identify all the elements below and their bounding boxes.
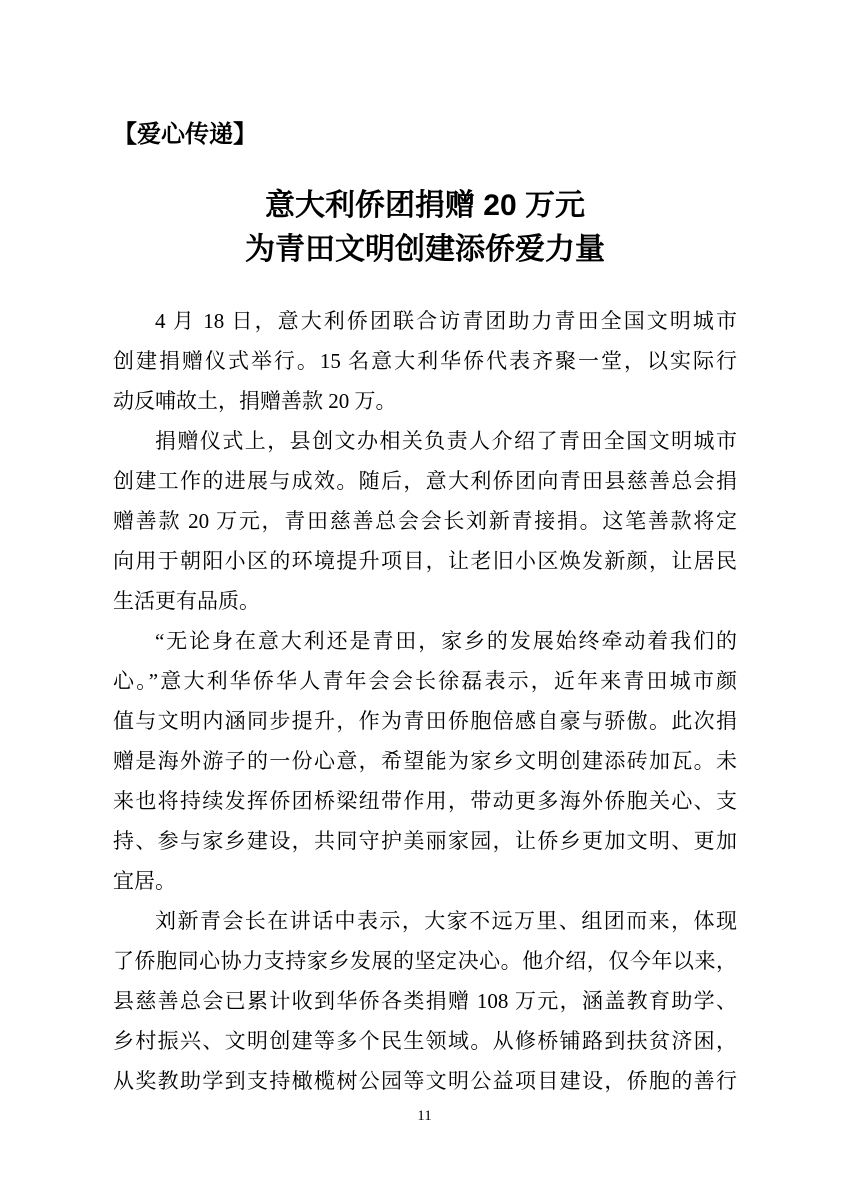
body-line: 生活更有品质。 [113, 581, 737, 621]
body-line: 心。”意大利华侨华人青年会会长徐磊表示，近年来青田城市颜 [113, 661, 737, 701]
body-line: 乡村振兴、文明创建等多个民生领域。从修桥铺路到扶贫济困， [113, 1021, 737, 1061]
body-line: 赠是海外游子的一份心意，希望能为家乡文明创建添砖加瓦。未 [113, 741, 737, 781]
body-line: 4 月 18 日，意大利侨团联合访青团助力青田全国文明城市 [113, 301, 737, 341]
paragraph-1: 4 月 18 日，意大利侨团联合访青团助力青田全国文明城市 创建捐赠仪式举行。1… [113, 301, 737, 421]
paragraph-3: “无论身在意大利还是青田，家乡的发展始终牵动着我们的 心。”意大利华侨华人青年会… [113, 621, 737, 901]
paragraph-2: 捐赠仪式上，县创文办相关负责人介绍了青田全国文明城市 创建工作的进展与成效。随后… [113, 421, 737, 621]
body-line: 了侨胞同心协力支持家乡发展的坚定决心。他介绍，仅今年以来， [113, 941, 737, 981]
page-content: 【爱心传递】 意大利侨团捐赠 20 万元 为青田文明创建添侨爱力量 4 月 18… [113, 0, 737, 1101]
body-line: “无论身在意大利还是青田，家乡的发展始终牵动着我们的 [113, 621, 737, 661]
body-line: 从奖教助学到支持橄榄树公园等文明公益项目建设，侨胞的善行 [113, 1061, 737, 1101]
body-line: 值与文明内涵同步提升，作为青田侨胞倍感自豪与骄傲。此次捐 [113, 701, 737, 741]
body-line: 来也将持续发挥侨团桥梁纽带作用，带动更多海外侨胞关心、支 [113, 781, 737, 821]
body-line: 县慈善总会已累计收到华侨各类捐赠 108 万元，涵盖教育助学、 [113, 981, 737, 1021]
body-line: 刘新青会长在讲话中表示，大家不远万里、组团而来，体现 [113, 901, 737, 941]
body-line: 动反哺故土，捐赠善款 20 万。 [113, 381, 737, 421]
body-line: 创建工作的进展与成效。随后，意大利侨团向青田县慈善总会捐 [113, 461, 737, 501]
article-title-line1: 意大利侨团捐赠 20 万元 [113, 184, 737, 228]
article-title: 意大利侨团捐赠 20 万元 为青田文明创建添侨爱力量 [113, 184, 737, 272]
body-line: 赠善款 20 万元，青田慈善总会会长刘新青接捐。这笔善款将定 [113, 501, 737, 541]
body-line: 向用于朝阳小区的环境提升项目，让老旧小区焕发新颜，让居民 [113, 541, 737, 581]
body-line: 宜居。 [113, 861, 737, 901]
article-body: 4 月 18 日，意大利侨团联合访青团助力青田全国文明城市 创建捐赠仪式举行。1… [113, 301, 737, 1101]
document-page: 【爱心传递】 意大利侨团捐赠 20 万元 为青田文明创建添侨爱力量 4 月 18… [0, 0, 849, 1200]
section-tag: 【爱心传递】 [113, 120, 737, 150]
body-line: 捐赠仪式上，县创文办相关负责人介绍了青田全国文明城市 [113, 421, 737, 461]
page-number: 11 [0, 1106, 849, 1126]
article-title-line2: 为青田文明创建添侨爱力量 [113, 228, 737, 272]
body-line: 创建捐赠仪式举行。15 名意大利华侨代表齐聚一堂，以实际行 [113, 341, 737, 381]
body-line: 持、参与家乡建设，共同守护美丽家园，让侨乡更加文明、更加 [113, 821, 737, 861]
paragraph-4: 刘新青会长在讲话中表示，大家不远万里、组团而来，体现 了侨胞同心协力支持家乡发展… [113, 901, 737, 1101]
